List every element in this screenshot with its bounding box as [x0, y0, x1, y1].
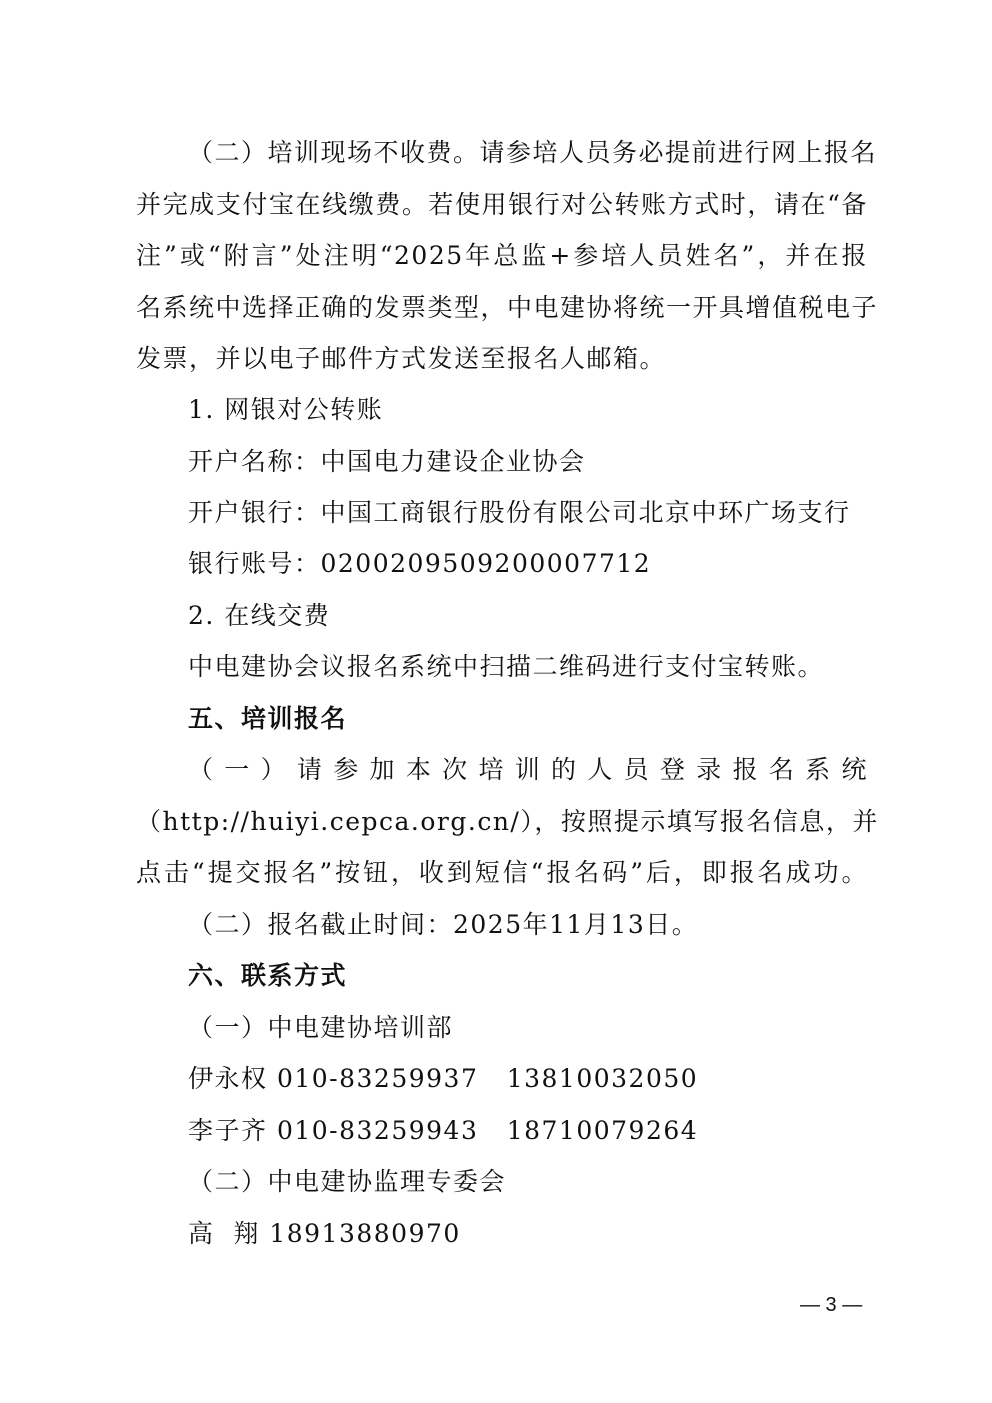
contact-person-3: 高 翔 18913880970	[188, 1218, 868, 1250]
paragraph-fee-line-5: 发票，并以电子邮件方式发送至报名人邮箱。	[136, 343, 868, 375]
registration-line-2-url[interactable]: （http://huiyi.cepca.org.cn/），按照提示填写报名信息，…	[136, 806, 868, 838]
contact-group-training-dept: （一）中电建协培训部	[188, 1012, 868, 1044]
registration-deadline: （二）报名截止时间：2025年11月13日。	[188, 909, 868, 941]
account-number: 银行账号：0200209509200007712	[188, 548, 868, 580]
paragraph-fee-line-2: 并完成支付宝在线缴费。若使用银行对公转账方式时，请在“备	[136, 189, 868, 221]
contact-person-2: 李子齐 010-83259943 18710079264	[188, 1115, 868, 1147]
account-name: 开户名称：中国电力建设企业协会	[188, 446, 868, 478]
online-payment-text: 中电建协会议报名系统中扫描二维码进行支付宝转账。	[188, 651, 868, 683]
paragraph-fee-line-4: 名系统中选择正确的发票类型，中电建协将统一开具增值税电子	[136, 292, 868, 324]
section-heading-contact: 六、联系方式	[188, 960, 868, 992]
subheading-bank-transfer: 1. 网银对公转账	[188, 394, 868, 426]
registration-line-3: 点击“提交报名”按钮，收到短信“报名码”后，即报名成功。	[136, 857, 868, 889]
account-bank: 开户银行：中国工商银行股份有限公司北京中环广场支行	[188, 497, 868, 529]
contact-group-supervision-committee: （二）中电建协监理专委会	[188, 1166, 868, 1198]
document-page: （二）培训现场不收费。请参培人员务必提前进行网上报名 并完成支付宝在线缴费。若使…	[0, 0, 992, 1403]
section-heading-registration: 五、培训报名	[188, 703, 868, 735]
contact-person-1: 伊永权 010-83259937 13810032050	[188, 1063, 868, 1095]
page-number: — 3 —	[800, 1293, 880, 1317]
registration-line-1: （一）请参加本次培训的人员登录报名系统	[188, 754, 868, 786]
subheading-online-payment: 2. 在线交费	[188, 600, 868, 632]
paragraph-fee-line-3: 注”或“附言”处注明“2025年总监+参培人员姓名”，并在报	[136, 240, 868, 272]
paragraph-fee-line-1: （二）培训现场不收费。请参培人员务必提前进行网上报名	[188, 137, 868, 169]
